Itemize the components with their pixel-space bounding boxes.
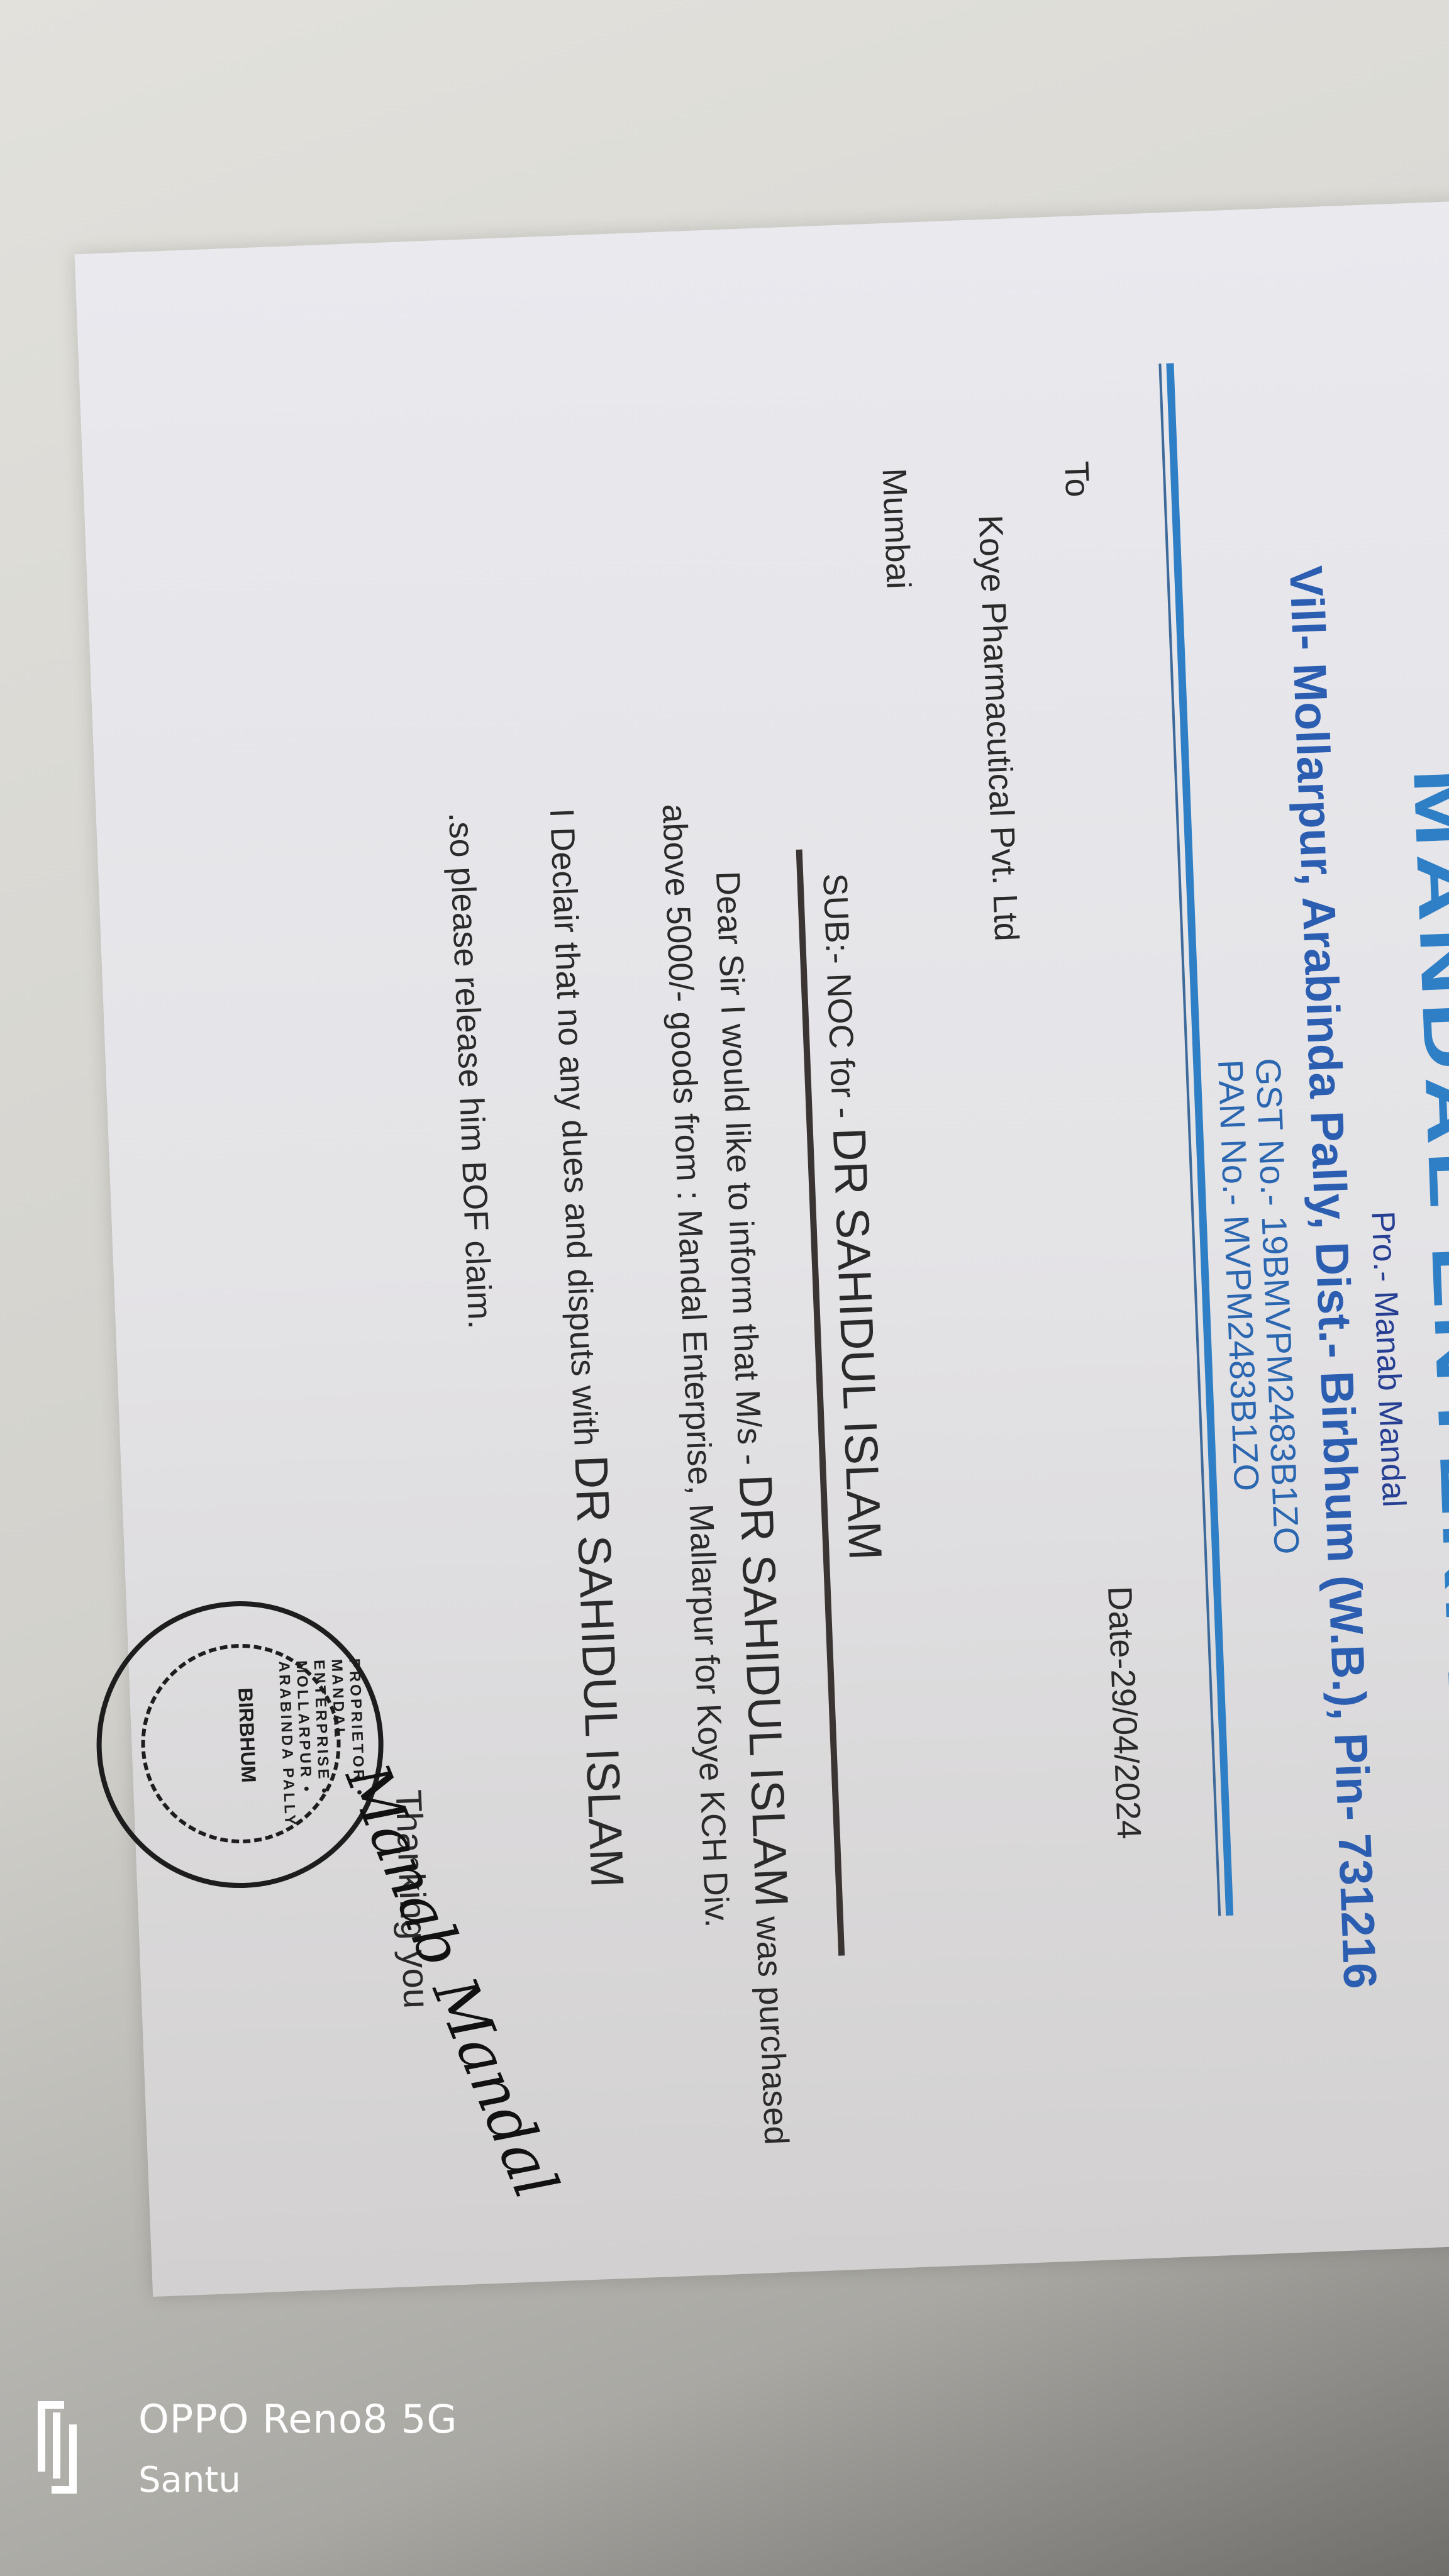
recipient-name: Koye Pharmacutical Pvt. Ltd xyxy=(970,514,1026,942)
proprietor: Pro.- Manab Mandal xyxy=(1363,1211,1413,1508)
header-rule-thin xyxy=(1158,364,1221,1916)
letter-document: MANDAL ENTERPRISE Mob.- 9474767368 Pro.-… xyxy=(74,200,1449,2297)
stamp-center-text: BIRBHUM xyxy=(233,1687,260,1783)
oppo-logo-icon xyxy=(38,2401,94,2495)
letter-date: Date-29/04/2024 xyxy=(1100,1585,1148,1840)
device-name: OPPO Reno8 5G xyxy=(138,2396,457,2442)
subject-prefix: SUB:- NOC for - xyxy=(816,873,863,1129)
to-label: To xyxy=(1057,460,1097,497)
camera-watermark: OPPO Reno8 5G Santu xyxy=(38,2396,457,2501)
para3-name: DR SAHIDUL ISLAM xyxy=(565,1454,633,1889)
para3-prefix: I Declair that no any dues and disputs w… xyxy=(543,808,605,1456)
paragraph-1: Dear Sir I would like to inform that M/s… xyxy=(706,870,808,2145)
rubber-stamp: PROPRIETOR • MANDAL ENTERPRISE • MOLLARP… xyxy=(91,1596,389,1893)
signature: Manab Mandal xyxy=(332,1754,572,2207)
recipient-city: Mumbai xyxy=(874,467,918,589)
para1-name: DR SAHIDUL ISLAM xyxy=(730,1474,798,1908)
para1-suffix: was purchased xyxy=(748,1906,795,2145)
paragraph-3: I Declair that no any dues and disputs w… xyxy=(540,807,635,1889)
owner-name: Santu xyxy=(138,2460,457,2501)
para1-prefix: Dear Sir I would like to inform that M/s… xyxy=(709,870,770,1475)
subject-name: DR SAHIDUL ISLAM xyxy=(823,1127,892,1562)
paragraph-4: .so please release him BOF claim. xyxy=(441,811,500,1330)
